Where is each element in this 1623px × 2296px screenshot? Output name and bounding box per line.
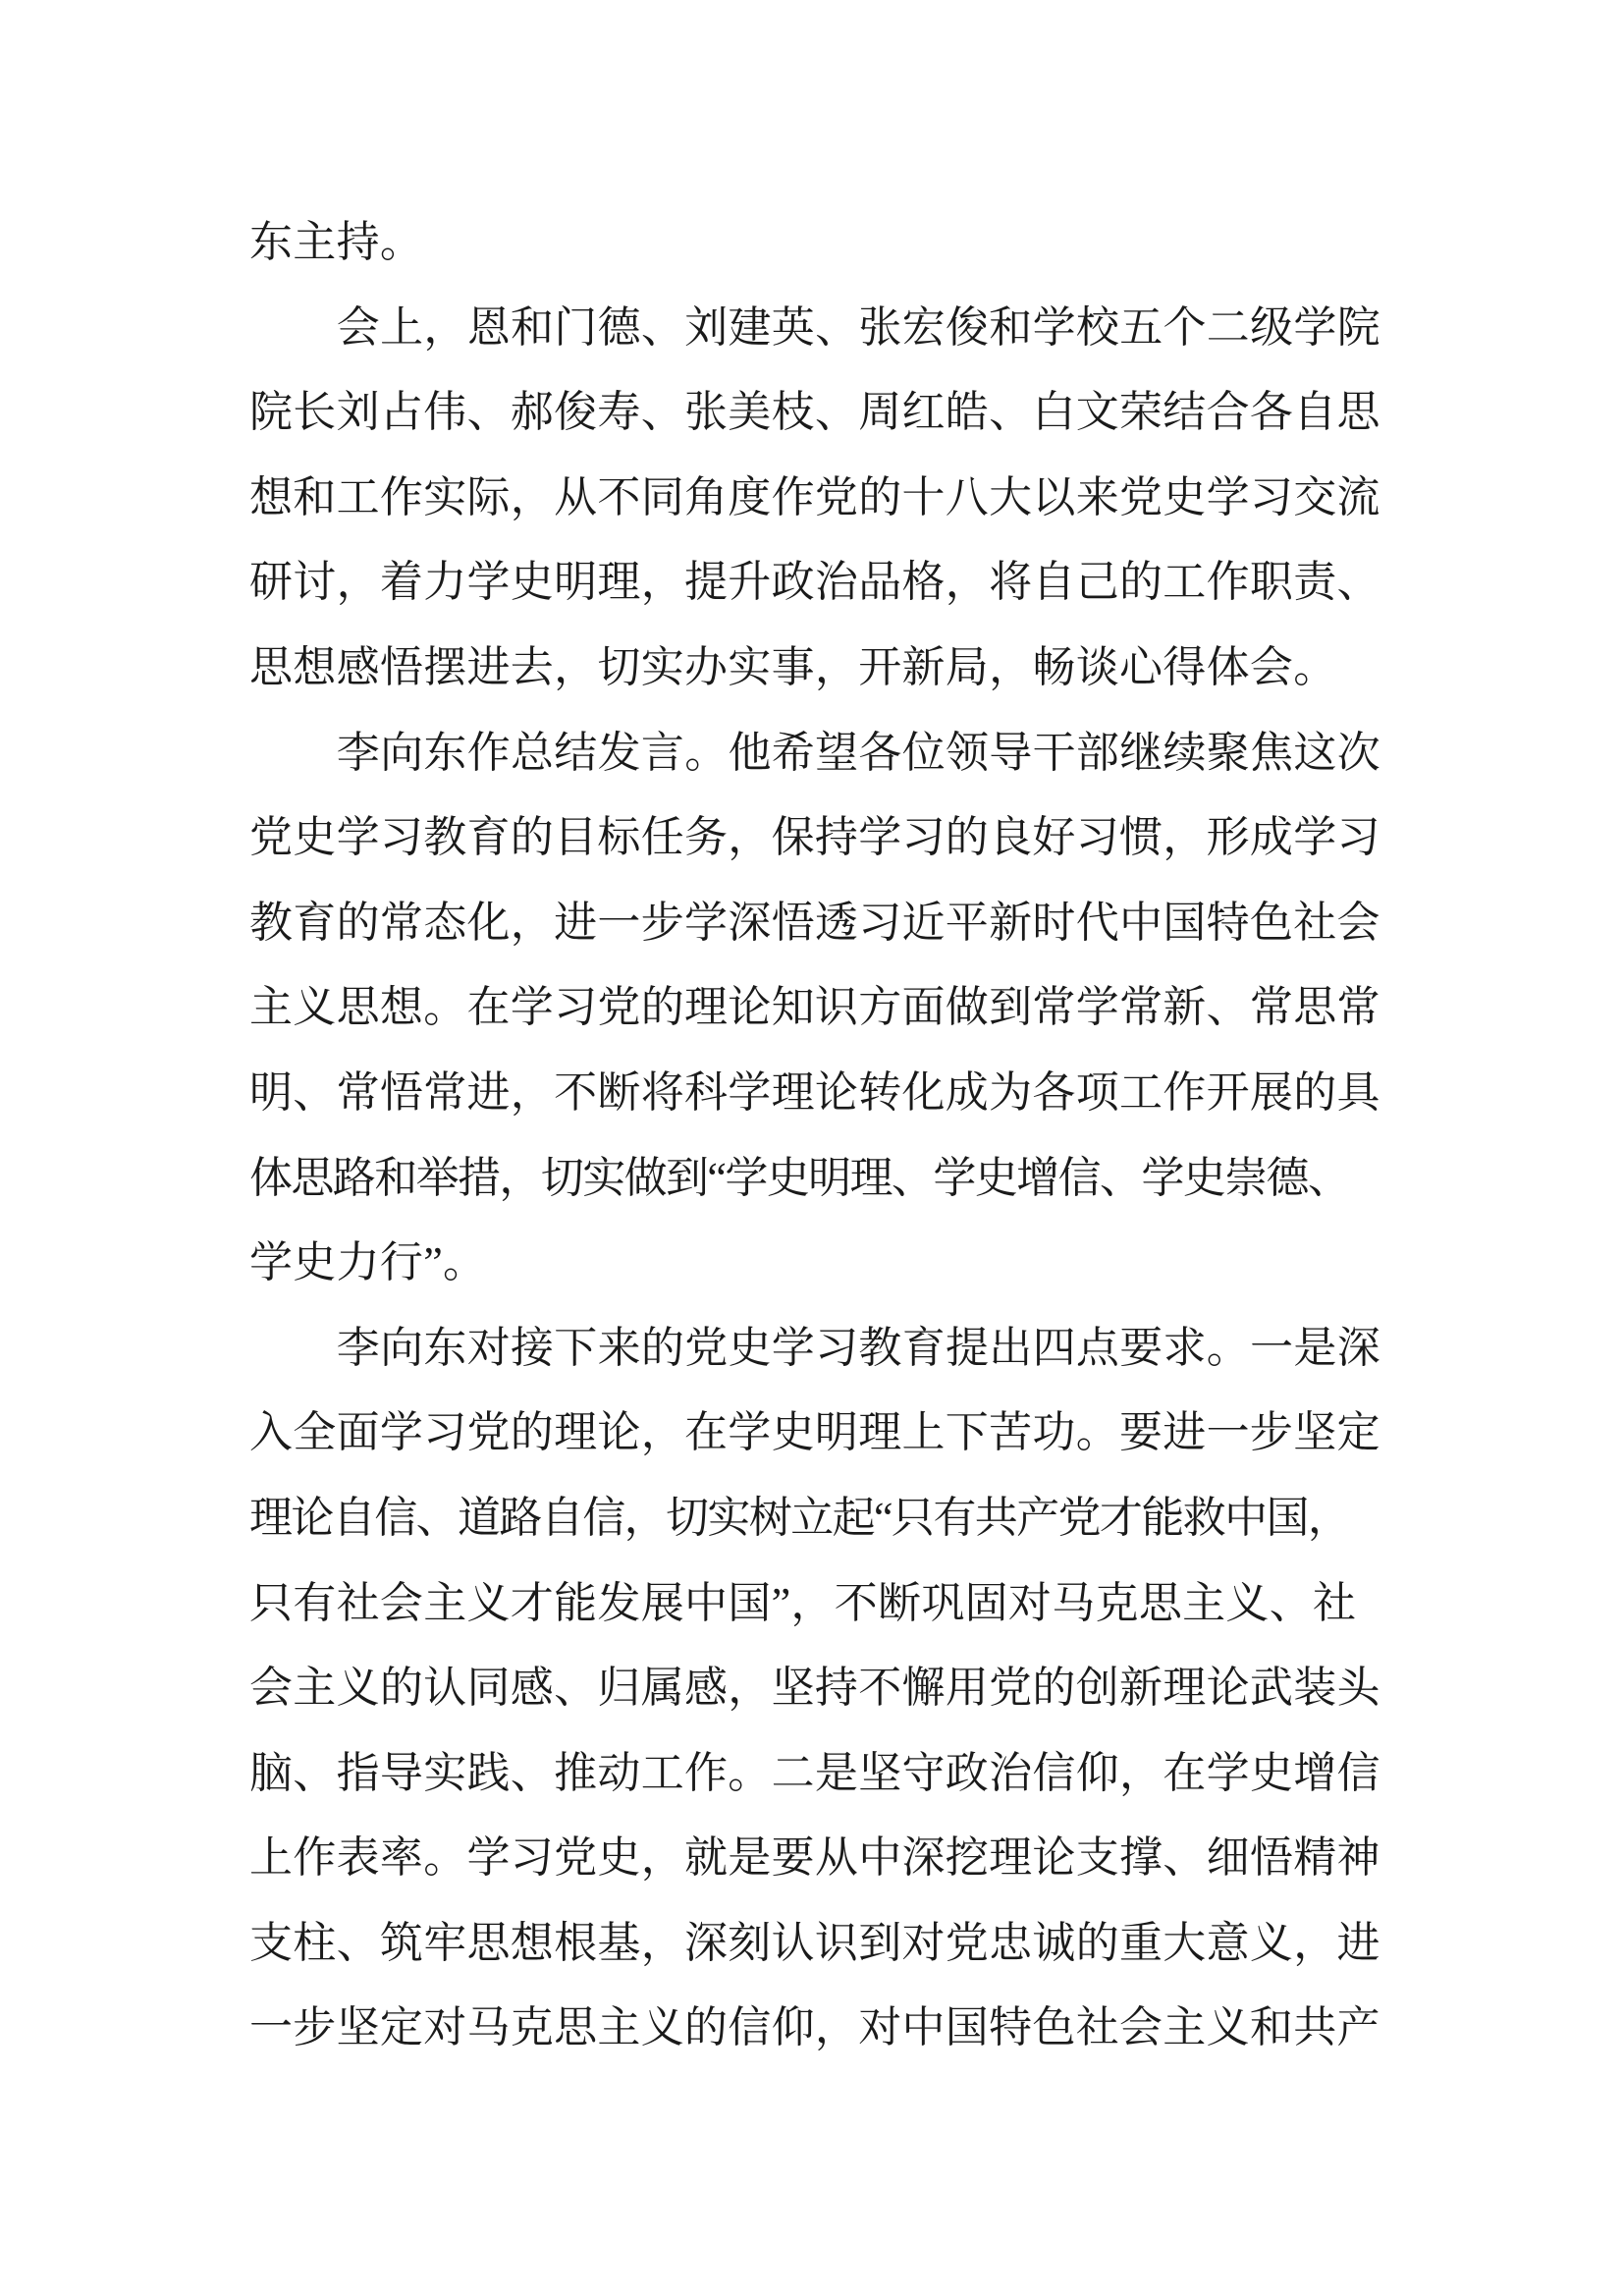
text-line: 想和工作实际，从不同角度作党的十八大以来党史学习交流 [249, 456, 1384, 541]
text-line: 会上，恩和门德、刘建英、张宏俊和学校五个二级学院 [249, 286, 1384, 371]
text-line: 会主义的认同感、归属感，坚持不懈用党的创新理论武装头 [249, 1646, 1384, 1731]
text-line: 学史力行”。 [249, 1221, 1384, 1306]
text-line: 明、常悟常进，不断将科学理论转化成为各项工作开展的具 [249, 1051, 1384, 1136]
text-line: 李向东对接下来的党史学习教育提出四点要求。一是深 [249, 1306, 1384, 1392]
text-line: 入全面学习党的理论，在学史明理上下苦功。要进一步坚定 [249, 1391, 1384, 1476]
text-line: 主义思想。在学习党的理论知识方面做到常学常新、常思常 [249, 965, 1384, 1051]
text-line: 只有社会主义才能发展中国”，不断巩固对马克思主义、社 [249, 1561, 1384, 1647]
text-line: 东主持。 [249, 200, 1384, 286]
text-line: 研讨，着力学史明理，提升政治品格，将自己的工作职责、 [249, 540, 1384, 626]
text-line: 一步坚定对马克思主义的信仰，对中国特色社会主义和共产 [249, 1986, 1384, 2071]
text-line: 体思路和举措，切实做到“学史明理、学史增信、学史崇德、 [249, 1136, 1384, 1222]
text-line: 教育的常态化，进一步学深悟透习近平新时代中国特色社会 [249, 881, 1384, 966]
text-line: 理论自信、道路自信，切实树立起“只有共产党才能救中国， [249, 1476, 1384, 1561]
document-body: 东主持。会上，恩和门德、刘建英、张宏俊和学校五个二级学院院长刘占伟、郝俊寿、张美… [249, 200, 1384, 2071]
text-line: 院长刘占伟、郝俊寿、张美枝、周红皓、白文荣结合各自思 [249, 370, 1384, 456]
text-line: 思想感悟摆进去，切实办实事，开新局，畅谈心得体会。 [249, 626, 1384, 711]
document-page: 东主持。会上，恩和门德、刘建英、张宏俊和学校五个二级学院院长刘占伟、郝俊寿、张美… [0, 0, 1623, 2296]
text-line: 支柱、筑牢思想根基，深刻认识到对党忠诚的重大意义，进 [249, 1901, 1384, 1987]
text-line: 李向东作总结发言。他希望各位领导干部继续聚焦这次 [249, 711, 1384, 796]
text-line: 上作表率。学习党史，就是要从中深挖理论支撑、细悟精神 [249, 1816, 1384, 1901]
text-line: 脑、指导实践、推动工作。二是坚守政治信仰，在学史增信 [249, 1731, 1384, 1817]
text-line: 党史学习教育的目标任务，保持学习的良好习惯，形成学习 [249, 795, 1384, 881]
